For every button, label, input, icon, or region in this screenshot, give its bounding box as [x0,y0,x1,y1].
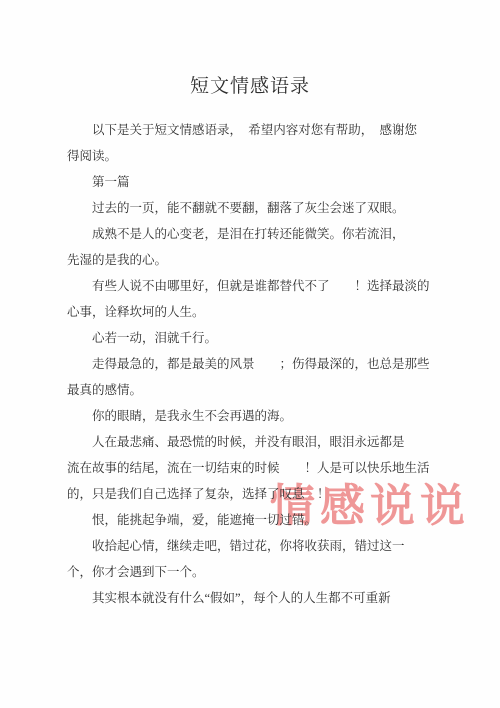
text-line: 你的眼睛，是我永生不会再遇的海。 [67,403,437,429]
text-line: 最真的感情。 [67,377,437,403]
text-line: 流在故事的结尾，流在一切结束的时候 ！人是可以快乐地生活 [67,455,437,481]
text-line: 成熟不是人的心变老，是泪在打转还能微笑。你若流泪， [67,221,437,247]
text-line: 得阅读。 [67,143,437,169]
text-line: 过去的一页，能不翻就不要翻，翻落了灰尘会迷了双眼。 [67,195,437,221]
text-line: 恨，能挑起争端，爱，能遮掩一切过错。 [67,507,437,533]
text-line: 有些人说不由哪里好，但就是谁都替代不了 ！选择最淡的 [67,273,437,299]
document-page: 短文情感语录 情感说说 以下是关于短文情感语录， 希望内容对您有帮助， 感谢您得… [0,0,500,708]
text-line: 以下是关于短文情感语录， 希望内容对您有帮助， 感谢您 [67,117,437,143]
text-line: 收拾起心情，继续走吧，错过花，你将收获雨，错过这一 [67,533,437,559]
text-line: 的，只是我们自己选择了复杂，选择了叹息 ！ [67,481,437,507]
text-line: 先湿的是我的心。 [67,247,437,273]
text-line: 走得最急的，都是最美的风景 ；伤得最深的，也总是那些 [67,351,437,377]
text-line: 心事，诠释坎坷的人生。 [67,299,437,325]
page-title: 短文情感语录 [0,71,500,98]
text-line: 人在最悲痛、最恐慌的时候，并没有眼泪，眼泪永远都是 [67,429,437,455]
document-body: 以下是关于短文情感语录， 希望内容对您有帮助， 感谢您得阅读。第一篇过去的一页，… [67,117,437,611]
text-line: 其实根本就没有什么“假如”，每个人的人生都不可重新 [67,585,437,611]
text-line: 个，你才会遇到下一个。 [67,559,437,585]
text-line: 第一篇 [67,169,437,195]
text-line: 心若一动，泪就千行。 [67,325,437,351]
